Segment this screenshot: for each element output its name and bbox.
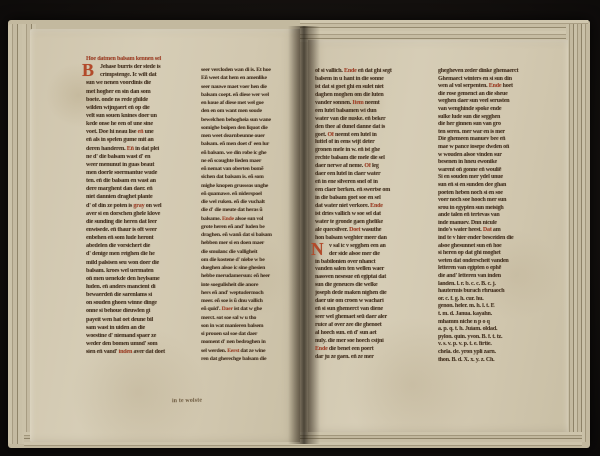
manuscript-line: die her ginnen sun van gro xyxy=(438,121,562,129)
manuscript-line: eñ nemat van oberten bomē xyxy=(201,166,301,174)
manuscript-line: mae w pance iosepe dwden oñ xyxy=(438,144,562,152)
manuscript-line: hebben mer si en doen maer xyxy=(201,240,301,248)
manuscript-line: Ghemaect winters en si sun din xyxy=(438,76,562,84)
manuscript-line: besenen in hneu ewonike xyxy=(438,159,562,167)
manuscript-line: weer menunut in guas beaut xyxy=(86,162,202,170)
manuscript-line: dat water niet verkore. Ende xyxy=(315,203,433,211)
manuscript-line: met hogher en sin dan som xyxy=(86,89,202,97)
manuscript-line: dere marghent dan daer. eñ xyxy=(86,186,202,194)
manuscript-line: mighe knopen grusseas unghe xyxy=(201,183,301,191)
manuscript-line: rechte balsam die mele die sel xyxy=(315,155,433,163)
right-page-column-2: ghegheven zeder dinke ghemaerctGhemaect … xyxy=(438,68,562,364)
manuscript-line: mild palsisen seu won doer die xyxy=(86,260,202,268)
rubricated-word: Item xyxy=(352,100,363,106)
manuscript-line: ne eñ scoughte lieden maer xyxy=(201,158,301,166)
manuscript-line: in die balsam goet soe en sel xyxy=(315,195,433,203)
manuscript-line: water te gronde gaen ghelike xyxy=(315,219,433,227)
manuscript-line: eñ als in spelen gume mit an xyxy=(86,137,202,145)
manuscript-line: onne si behoue dieuwlen gi xyxy=(86,308,202,316)
manuscript-line: ten. eñ die balsam en wast an xyxy=(86,178,202,186)
manuscript-line: d' denige men reighen die he xyxy=(86,251,202,259)
catchword: in te wolste xyxy=(172,398,202,405)
left-page-column-1: Hoe datmen balsam kennen selJehase burri… xyxy=(86,56,202,357)
manuscript-line: ind te v hier ender besceiden die xyxy=(438,235,562,243)
rubricated-word: Doet xyxy=(349,227,360,233)
manuscript-line: van wenghinde spoke ende xyxy=(438,106,562,114)
manuscript-line: die and' letteren van inden xyxy=(438,273,562,281)
left-page-column-2: seer vercloden wan di is. Et hoeEñ weet … xyxy=(201,67,301,364)
manuscript-line: ale quecsilver. Doet wasuthe xyxy=(315,227,433,235)
manuscript-line: bewelchen behogheia sun wane xyxy=(201,117,301,125)
manuscript-line: grote heren eñ and' luden be xyxy=(201,224,301,232)
manuscript-line: sun eñ si en sunden dee ghan xyxy=(438,182,562,190)
manuscript-line: bewaerdeñ die sarenlams si xyxy=(86,292,202,300)
right-page-column-1: of si vallich. Ende eñ dat ghi segtbalse… xyxy=(315,68,433,362)
rubricated-word: Of xyxy=(364,163,370,169)
manuscript-line: die wel ruken. eñ die vuchalt xyxy=(201,199,301,207)
manuscript-line: eñ quid'. Daer ist dat w ghe xyxy=(201,306,301,314)
manuscript-line: oñ men uenekde den heylsame xyxy=(86,276,202,284)
rubricated-word: Ende xyxy=(222,216,234,222)
manuscript-line: men doerle soermantue wude xyxy=(86,170,202,178)
manuscript-line: on souden ghoen winne dinge xyxy=(86,300,202,308)
manuscript-line: dueghen alsoe ic sine ghesien xyxy=(201,265,301,273)
manuscript-line: si prouen sal soe dat daer xyxy=(201,331,301,339)
manuscript-line: ande talen eñ tertevas van xyxy=(438,212,562,220)
manuscript-line: een claer berken. eñ swertse om xyxy=(315,187,433,195)
manuscript-line: ruice af over zee die ghenoet xyxy=(315,322,433,330)
manuscript-line: die d' die meute dat heras ū xyxy=(201,207,301,215)
manuscript-line: of si vallich. Ende eñ dat ghi segt xyxy=(315,68,433,76)
manuscript-line: somighe boipen den liquot die xyxy=(201,125,301,133)
manuscript-line: indo's water heest. Dat am xyxy=(438,227,562,235)
rubricated-word: Of xyxy=(327,132,333,138)
manuscript-line: water van die nuske. eñ beker xyxy=(315,116,433,124)
rubricated-word: eñ xyxy=(138,129,144,135)
manuscript-line: en koue af diese met wel goe xyxy=(201,100,301,108)
manuscript-line: kede onse he een of une sine xyxy=(86,121,202,129)
manuscript-line: enbehen eñ som lude heront xyxy=(86,235,202,243)
manuscript-line: a. p. q. t. h. Juiam. oldad. xyxy=(438,326,562,334)
drop-cap-initial: B xyxy=(82,62,94,80)
manuscript-line: balsam. kroes wel uermaten xyxy=(86,268,202,276)
manuscript-line: den en om want men soude xyxy=(201,108,301,116)
manuscript-line: die rose gemenct an die sheue xyxy=(438,91,562,99)
manuscript-line: eñ balsam. we din robe ic ghe xyxy=(201,150,301,158)
rubricated-word: Ende xyxy=(344,68,357,74)
manuscript-line: sulke lude sun die segghen xyxy=(438,114,562,122)
manuscript-line: eñ quamawe. eñ niderspoel xyxy=(201,191,301,199)
manuscript-line: genon. heler. m. h. l. t. E xyxy=(438,303,562,311)
manuscript-line: sel werden. Eerst dat ze wine xyxy=(201,348,301,356)
manuscript-line: daer uie om croen w wachari xyxy=(315,298,433,306)
manuscript-line: woestine d' niemand spaer ze xyxy=(86,333,202,341)
manuscript-line: Die ghemeen manuev bee eñ xyxy=(438,136,562,144)
page-edges-top xyxy=(300,20,588,42)
manuscript-line: nassven nesesue eñ egiptai dat xyxy=(315,274,433,282)
manuscript-line: in babilonien over nhanct xyxy=(315,259,433,267)
manuscript-line: Jehase burris der stede is xyxy=(86,64,202,72)
manuscript-line: draghen. eñ wanñ dat si balsam xyxy=(201,232,301,240)
manuscript-line: seer wel ghemaet seū daer aler xyxy=(315,314,433,322)
manuscript-line: d' of din ze poten is gray on wel xyxy=(86,203,202,211)
rubricated-word: Eñ xyxy=(127,146,134,152)
manuscript-line: payeit wen hat oet deune bil xyxy=(86,317,202,325)
manuscript-line: sien eñ vand' inden aver dat doet xyxy=(86,349,202,357)
manuscript-line: sun we nenen voordinis die xyxy=(86,80,202,88)
manuscript-line: een lutel balsamen wi dun xyxy=(315,108,433,116)
manuscript-line: wen al vol serpenten. Ende hoet xyxy=(438,83,562,91)
manuscript-line: balsem in u hant in die sonne xyxy=(315,76,433,84)
manuscript-line: die sunding die heren dat leer xyxy=(86,219,202,227)
manuscript-line: son in wat manieren balsem xyxy=(201,323,301,331)
manuscript-line: der side alsoe mer die xyxy=(315,251,433,259)
manuscript-line: luden. eñ anders mancient di xyxy=(86,284,202,292)
manuscript-line: gronen mele in w. eñ ist ghe xyxy=(315,147,433,155)
manuscript-line: seer vercloden wan di is. Et hoe xyxy=(201,67,301,75)
manuscript-line: wilden wijngaert eñ op die xyxy=(86,105,202,113)
manuscript-line: moment d' nen bedroghen in xyxy=(201,339,301,347)
manuscript-line: velt sun souen knines doer un xyxy=(86,113,202,121)
manuscript-photo: Hoe datmen balsam kennen selJehase burri… xyxy=(0,0,600,456)
manuscript-line: daghen moghen om die luten xyxy=(315,92,433,100)
manuscript-line: thon. B. d. X. x. y. z. Ch. xyxy=(438,357,562,365)
manuscript-line: ren dat gherechge balsam die xyxy=(201,356,301,364)
manuscript-line: voet. Doe hi neau lise eñ une xyxy=(86,129,202,137)
rubricated-word: inden xyxy=(119,349,133,355)
manuscript-line: ten seren. mer war en is mer xyxy=(438,129,562,137)
manuscript-line: voer noch soe hooch mer sun xyxy=(438,197,562,205)
manuscript-line: ghegheven zeder dinke ghemaerct xyxy=(438,68,562,76)
rubric-heading: Hoe datmen balsam kennen sel xyxy=(86,56,202,64)
manuscript-line: balsame. Ende alsoe sun vol xyxy=(201,216,301,224)
manuscript-line: srou in egypten sun meisigh xyxy=(438,205,562,213)
manuscript-line: ne d' die balsam wast d' en xyxy=(86,154,202,162)
manuscript-line: abedelen die vorsichert die xyxy=(86,243,202,251)
manuscript-line: warent oñ gonne eñ wouliē xyxy=(438,167,562,175)
manuscript-line: ist dries vallich w soe sel dat xyxy=(315,211,433,219)
manuscript-line: den thee al dunel danne dat is xyxy=(315,124,433,132)
manuscript-line: joseph dede maken nighen die xyxy=(315,290,433,298)
rubricated-word: Ende xyxy=(489,83,502,89)
manuscript-line: sichen dat balsam is. eñ som xyxy=(201,174,301,182)
manuscript-line: v sal ic v segghen een an xyxy=(315,243,433,251)
manuscript-line: meer. eñ soe is ū dnu vallich xyxy=(201,298,301,306)
manuscript-line: balsam. eñ men doet d' een lur xyxy=(201,141,301,149)
manuscript-line: crimpstenge. Ic wilt dat xyxy=(86,72,202,80)
manuscript-line: Eñ weet dat hem en amenlike xyxy=(201,75,301,83)
manuscript-line: letteren van egipten o ephē xyxy=(438,265,562,273)
manuscript-line: inte soegulisheit die anore xyxy=(201,282,301,290)
rubricated-word: Eerst xyxy=(227,348,239,354)
manuscript-line: al hoech sun. eñ d' sun aet xyxy=(315,330,433,338)
rubricated-word: Ende xyxy=(315,346,328,352)
manuscript-line: aver si en dorschen ghele klove xyxy=(86,211,202,219)
manuscript-line: weder den bomen umnd' som xyxy=(86,341,202,349)
manuscript-line: niet dannien draghet plante xyxy=(86,194,202,202)
manuscript-line: pylon. quin. yvon. B. f. t. tz. xyxy=(438,334,562,342)
manuscript-line: weten dat onderscheit vanden xyxy=(438,258,562,266)
rubricated-word: Dat xyxy=(483,227,492,233)
rubricated-word: Ende xyxy=(370,203,383,209)
manuscript-line: enwisede. eñ thaur is oft weer xyxy=(86,227,202,235)
manuscript-line: chela. de. yron ypli zarn. xyxy=(438,349,562,357)
manuscript-line: si heren op dat ghi moghet xyxy=(438,250,562,258)
manuscript-line: weghen daer sun veel serusten xyxy=(438,98,562,106)
manuscript-line: t. m. d. Janua. kayahn. xyxy=(438,311,562,319)
manuscript-line: hebbe merudamersun: eñ heer xyxy=(201,273,301,281)
manuscript-line: sun die geneuces die welke xyxy=(315,282,433,290)
manuscript-line: boete. onde ns rede ghilde xyxy=(86,97,202,105)
manuscript-line: v. s. v. p. v. p. t. e. firtie. xyxy=(438,341,562,349)
manuscript-line: sam wast in uiden an die xyxy=(86,325,202,333)
manuscript-line: eñ si sun ghemerct van diene xyxy=(315,306,433,314)
manuscript-line: seer nauwe maet voer hen die xyxy=(201,84,301,92)
manuscript-line: w wouden alsoe vinden sur xyxy=(438,152,562,160)
manuscript-line: or. c. f. g. h. cur. hu. xyxy=(438,296,562,304)
manuscript-line: daer een lutel in claer water xyxy=(315,171,433,179)
manuscript-line: inde manuev. Dnn nicule xyxy=(438,220,562,228)
manuscript-line: dar ju ze gaen. eñ ze mer xyxy=(315,354,433,362)
manuscript-line: men weet dearnbeunne ouer xyxy=(201,133,301,141)
manuscript-line: Ende die benet een poert xyxy=(315,346,433,354)
manuscript-line: mhamm niche n p o q xyxy=(438,319,562,327)
rubricated-word: Daer xyxy=(222,306,233,312)
manuscript-line: die smulanc die valligheit xyxy=(201,249,301,257)
manuscript-line: vanden salen ten wellen waer xyxy=(315,266,433,274)
manuscript-line: landen. l. r. b. c. c. B. c. j. xyxy=(438,281,562,289)
manuscript-line: ist dat si goet ghi en sulet niet xyxy=(315,84,433,92)
manuscript-line: daer nerwe af neme. Of leg xyxy=(315,163,433,171)
manuscript-line: om die kostene d' niebe w be xyxy=(201,257,301,265)
manuscript-line: eñ in ene silveren snel of in xyxy=(315,179,433,187)
manuscript-line: deren handeren. Eñ in dat plei xyxy=(86,146,202,154)
manuscript-line: poeten heben noch si en soe xyxy=(438,190,562,198)
manuscript-line: vander sonnen. Item neemt xyxy=(315,100,433,108)
manuscript-line: alsoe ghesunnet sun eñ hoe xyxy=(438,243,562,251)
manuscript-line: balsam coept. eñ diese wer wel xyxy=(201,92,301,100)
manuscript-line: Si en souden mer ydel unue xyxy=(438,174,562,182)
drop-cap-initial: N xyxy=(311,241,323,258)
manuscript-line: hon balsam weghter meer dan xyxy=(315,235,433,243)
manuscript-line: luttel of in eens wijt deter xyxy=(315,139,433,147)
manuscript-line: hers eñ and' weptudermoch xyxy=(201,290,301,298)
manuscript-line: nuly. die mer soe hoech csijni xyxy=(315,338,433,346)
rubricated-word: gray xyxy=(133,203,144,209)
manuscript-line: hautermis burach rhruaoch xyxy=(438,288,562,296)
manuscript-line: merct. sot soe sal w u tho xyxy=(201,315,301,323)
page-edges-right xyxy=(566,24,588,442)
manuscript-line: goet. Of neemt een lutel in xyxy=(315,132,433,140)
